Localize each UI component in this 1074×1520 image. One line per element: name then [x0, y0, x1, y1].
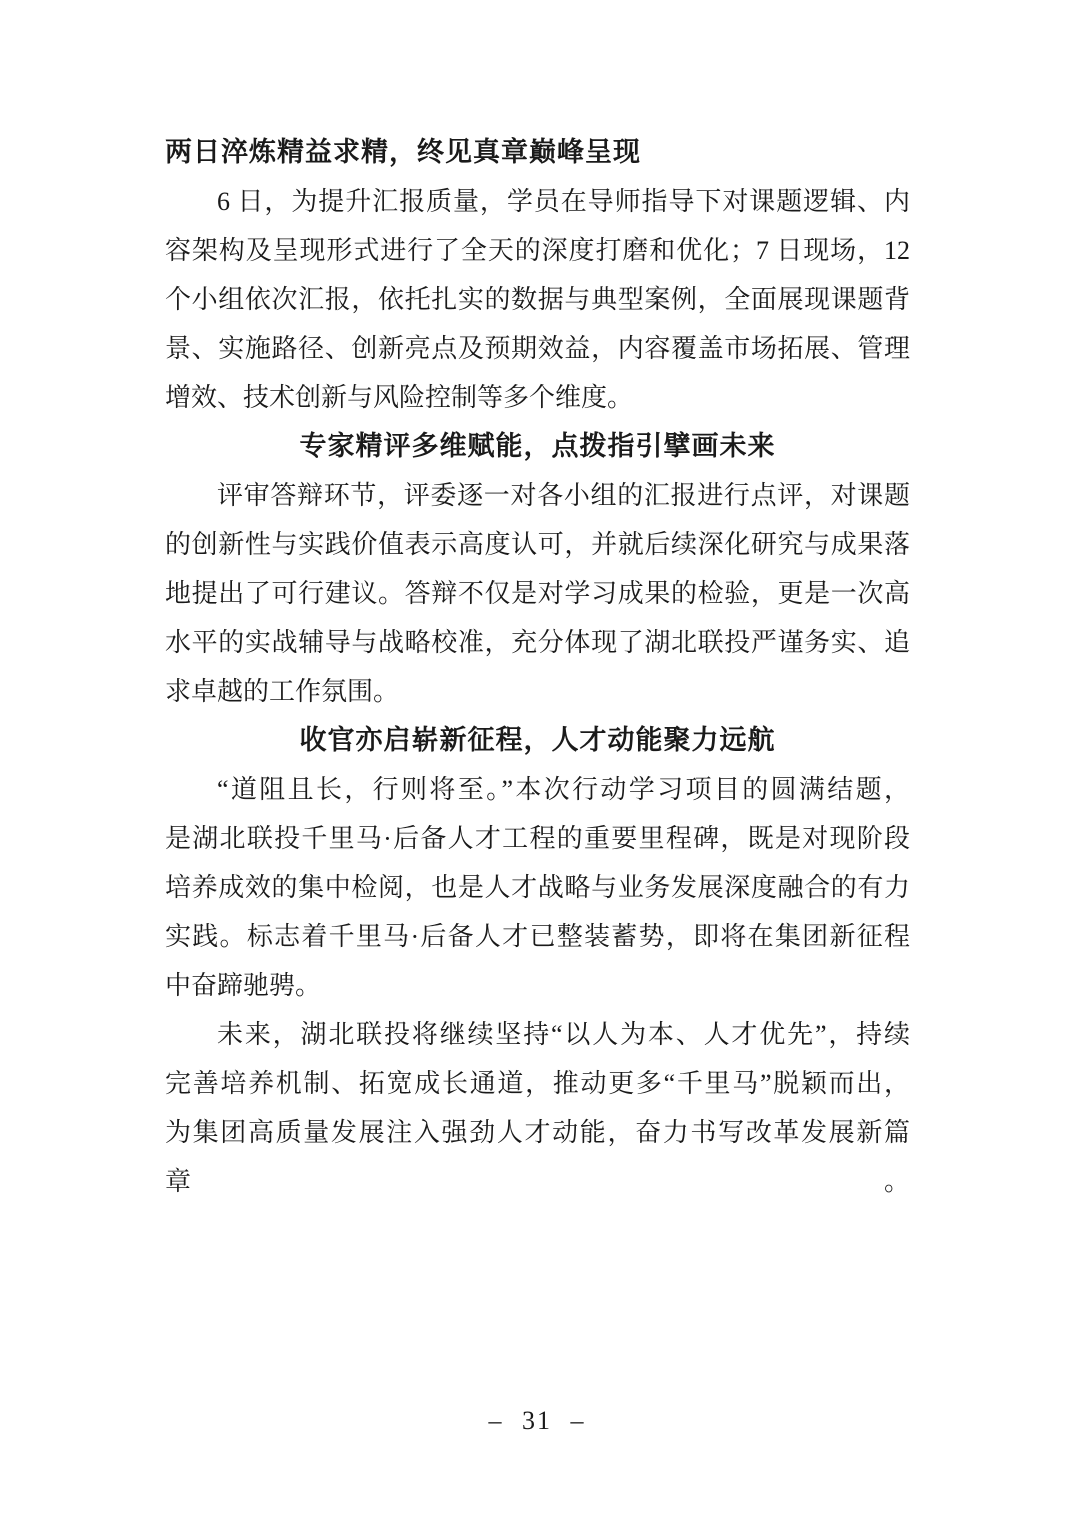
- section-heading-carryover: 两日淬炼精益求精，终见真章巅峰呈现: [165, 128, 910, 177]
- paragraph-3-line: 培养成效的集中检阅，也是人才战略与业务发展深度融合的有力: [165, 863, 910, 912]
- paragraph-2-line: 评审答辩环节，评委逐一对各小组的汇报进行点评，对课题: [165, 471, 910, 520]
- paragraph-4-line: 为集团高质量发展注入强劲人才动能，奋力书写改革发展新篇章。: [165, 1108, 910, 1157]
- paragraph-2-line: 求卓越的工作氛围。: [165, 667, 910, 716]
- paragraph-1-line: 增效、技术创新与风险控制等多个维度。: [165, 373, 910, 422]
- paragraph-3-line: 中奋蹄驰骋。: [165, 961, 910, 1010]
- paragraph-2-line: 的创新性与实践价值表示高度认可，并就后续深化研究与成果落: [165, 520, 910, 569]
- paragraph-1-line: 个小组依次汇报，依托扎实的数据与典型案例，全面展现课题背: [165, 275, 910, 324]
- paragraph-2-line: 水平的实战辅导与战略校准，充分体现了湖北联投严谨务实、追: [165, 618, 910, 667]
- paragraph-1-line: 6 日，为提升汇报质量，学员在导师指导下对课题逻辑、内: [165, 177, 910, 226]
- section-heading-closing: 收官亦启崭新征程，人才动能聚力远航: [165, 716, 910, 765]
- paragraph-1-line: 容架构及呈现形式进行了全天的深度打磨和优化；7 日现场，12: [165, 226, 910, 275]
- page-number: – 31 –: [0, 1406, 1074, 1436]
- paragraph-1-line: 景、实施路径、创新亮点及预期效益，内容覆盖市场拓展、管理: [165, 324, 910, 373]
- paragraph-3-line: 是湖北联投千里马·后备人才工程的重要里程碑，既是对现阶段: [165, 814, 910, 863]
- page-body: 两日淬炼精益求精，终见真章巅峰呈现 6 日，为提升汇报质量，学员在导师指导下对课…: [165, 128, 910, 1157]
- paragraph-4-line: 未来，湖北联投将继续坚持“以人为本、人才优先”，持续: [165, 1010, 910, 1059]
- section-heading-expert-review: 专家精评多维赋能，点拨指引擘画未来: [165, 422, 910, 471]
- paragraph-4-line: 完善培养机制、拓宽成长通道，推动更多“千里马”脱颖而出，: [165, 1059, 910, 1108]
- paragraph-3-line: “道阻且长，行则将至。”本次行动学习项目的圆满结题，: [165, 765, 910, 814]
- document-page: 两日淬炼精益求精，终见真章巅峰呈现 6 日，为提升汇报质量，学员在导师指导下对课…: [0, 0, 1074, 1520]
- paragraph-2-line: 地提出了可行建议。答辩不仅是对学习成果的检验，更是一次高: [165, 569, 910, 618]
- paragraph-3-line: 实践。标志着千里马·后备人才已整装蓄势，即将在集团新征程: [165, 912, 910, 961]
